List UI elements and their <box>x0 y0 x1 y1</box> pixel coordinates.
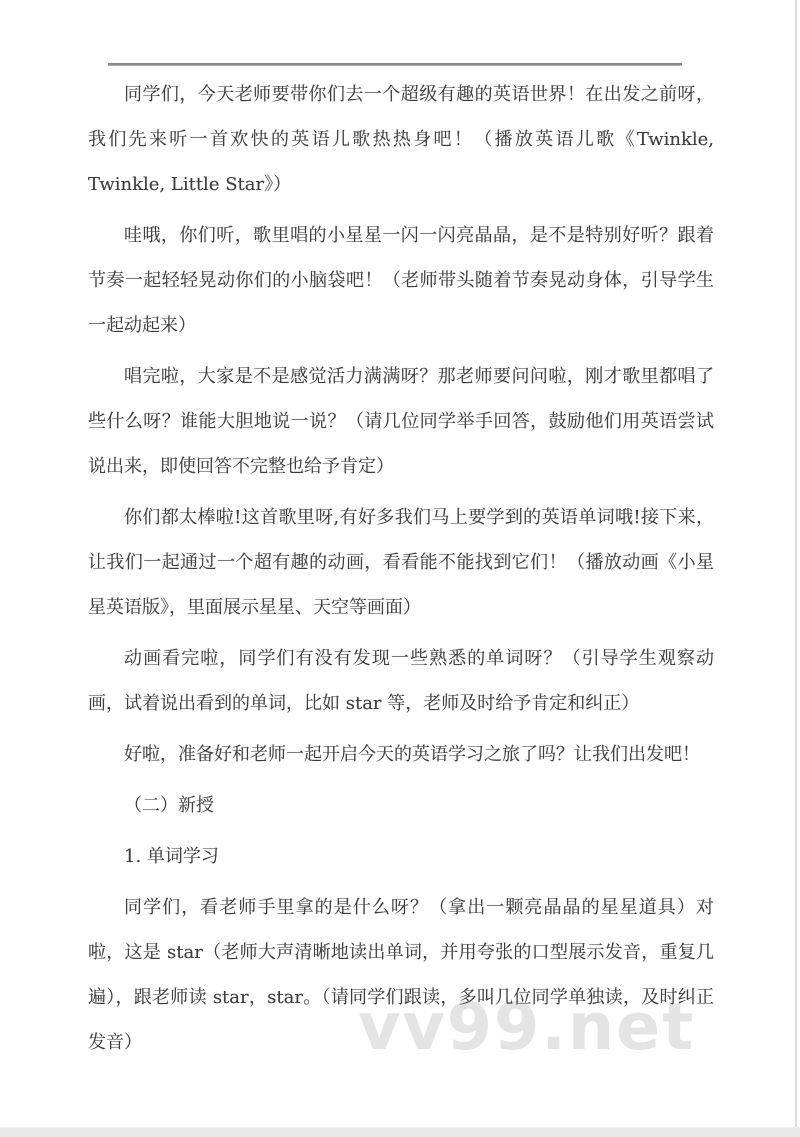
paragraph-animation-intro: 你们都太棒啦!这首歌里呀,有好多我们马上要学到的英语单词哦!接下来，让我们一起通… <box>88 495 714 630</box>
paragraph-song-questions: 唱完啦，大家是不是感觉活力满满呀？那老师要问问啦，刚才歌里都唱了些什么呀？谁能大… <box>88 354 714 489</box>
paragraph-star-teaching: 同学们，看老师手里拿的是什么呀？（拿出一颗亮晶晶的星星道具）对啦，这是 star… <box>88 885 714 1065</box>
lesson-plan-text: 同学们，今天老师要带你们去一个超级有趣的英语世界！在出发之前呀，我们先来听一首欢… <box>88 72 714 1071</box>
page-right-edge <box>795 0 797 1137</box>
header-divider-line <box>108 63 682 66</box>
paragraph-animation-review: 动画看完啦，同学们有没有发现一些熟悉的单词呀？（引导学生观察动画，试着说出看到的… <box>88 636 714 726</box>
subsection-heading-word-study: 1. 单词学习 <box>88 834 714 879</box>
document-page: 同学们，今天老师要带你们去一个超级有趣的英语世界！在出发之前呀，我们先来听一首欢… <box>0 0 800 1137</box>
paragraph-song-listening: 哇哦，你们听，歌里唱的小星星一闪一闪亮晶晶，是不是特别好听？跟着节奏一起轻轻晃动… <box>88 213 714 348</box>
section-heading-new-lesson: （二）新授 <box>88 783 714 828</box>
paragraph-warmup-intro: 同学们，今天老师要带你们去一个超级有趣的英语世界！在出发之前呀，我们先来听一首欢… <box>88 72 714 207</box>
paragraph-transition: 好啦，准备好和老师一起开启今天的英语学习之旅了吗？让我们出发吧！ <box>88 732 714 777</box>
page-bottom-edge <box>0 1127 800 1137</box>
